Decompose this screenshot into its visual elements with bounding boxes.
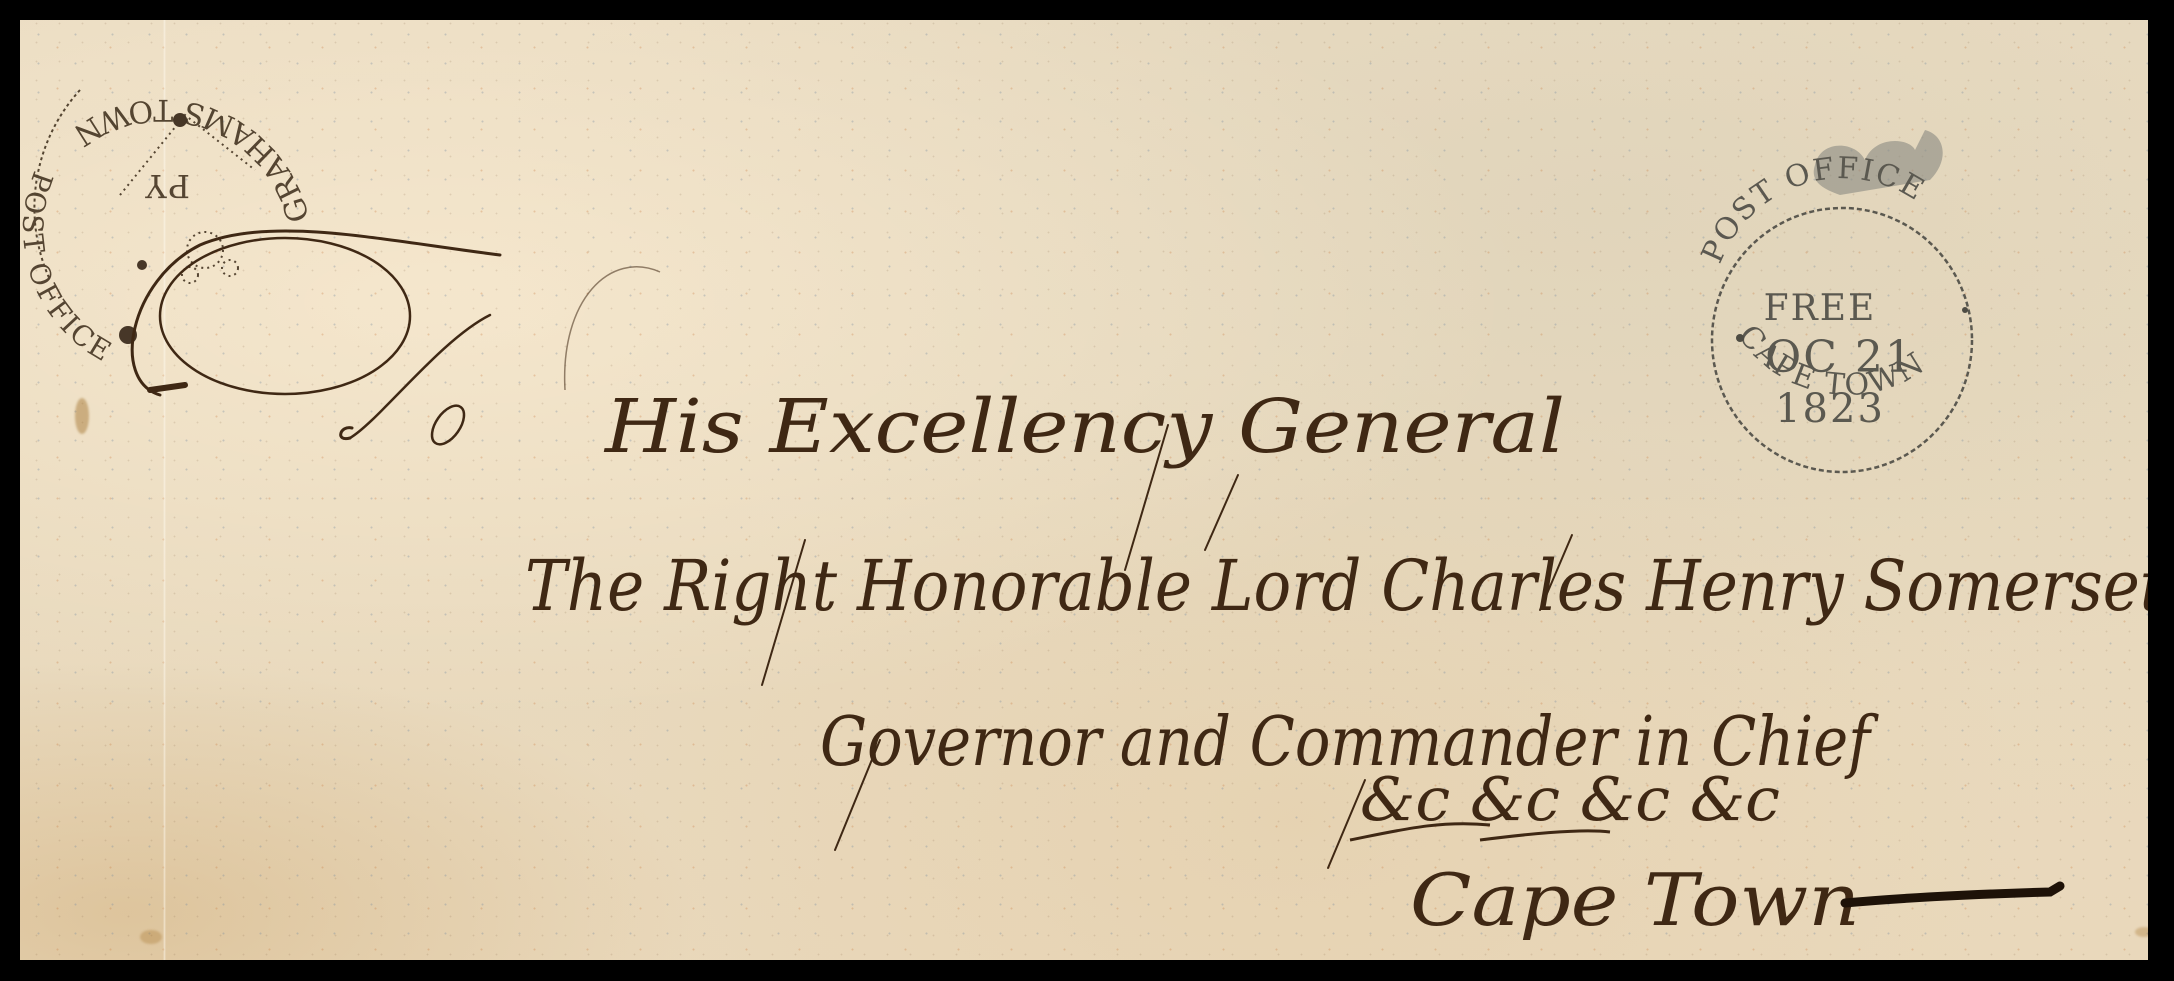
to-flourish: [132, 231, 500, 450]
address-line-1: His Excellency General: [603, 384, 1565, 470]
address-line-5: Cape Town: [1410, 858, 1860, 942]
left-stamp-top-text: GRAHAMS TOWN: [66, 92, 317, 227]
cape-town-datestamp: POST OFFICE CAPE TOWN FREE OC 21 1823: [1695, 130, 1972, 472]
stamp-free-text: FREE: [1764, 288, 1877, 329]
grahams-town-postmark: GRAHAMS TOWN POST OFFICE PY: [20, 90, 317, 369]
stamp-date-text: OC 21: [1765, 332, 1915, 383]
left-stamp-bottom-text: POST OFFICE: [20, 168, 118, 369]
right-stamp-top-text: POST OFFICE: [1695, 151, 1931, 268]
envelope-paper: GRAHAMS TOWN POST OFFICE PY: [20, 20, 2148, 960]
cape-town-underline: [1845, 886, 2060, 903]
address-line-2: The Right Honorable Lord Charles Henry S…: [525, 545, 2148, 627]
stamp-dot: [1736, 334, 1744, 342]
h-flourish: [565, 267, 660, 390]
scan-frame: GRAHAMS TOWN POST OFFICE PY: [0, 0, 2174, 981]
stamp-dot: [1962, 307, 1968, 313]
left-stamp-center-text: PY: [143, 167, 190, 205]
address-line-4: &c &c &c &c: [1360, 765, 1780, 835]
stamp-year-text: 1823: [1775, 386, 1885, 432]
stamps-and-handwriting: GRAHAMS TOWN POST OFFICE PY: [20, 20, 2148, 960]
left-stamp-ink-blots: [119, 113, 187, 344]
